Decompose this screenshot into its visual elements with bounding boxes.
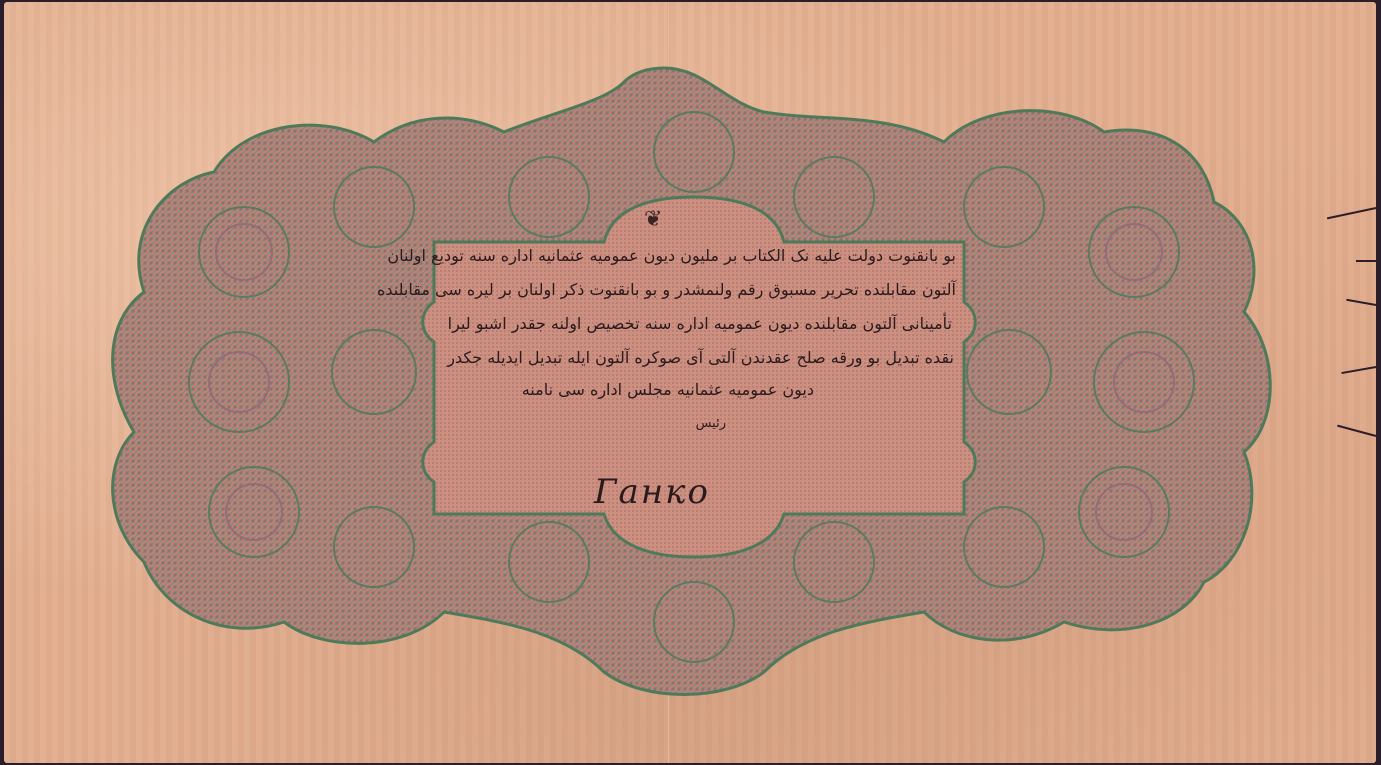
emblem-icon: ❦	[644, 207, 662, 232]
text-line-6: رئیس	[696, 416, 726, 431]
text-line-4: نقده تبدیل بو ورقه صلح عقدندن آلتی آی صو…	[447, 348, 954, 367]
signature: Ганко	[594, 472, 710, 512]
banknote: ❦ بو بانقنوت دولت علیه نک الکتاب بر ملیو…	[4, 2, 1376, 763]
text-line-5: دیون عمومیه عثمانیه مجلس اداره سی نامنه	[522, 380, 814, 399]
inscription: بو بانقنوت دولت علیه نک الکتاب بر ملیون …	[434, 240, 964, 515]
edge-tear	[1356, 260, 1376, 262]
text-line-3: تأمینانی آلتون مقابلنده دیون عمومیه ادار…	[448, 314, 952, 333]
text-line-2: آلتون مقابلنده تحریر مسبوق رقم ولنمشدر و…	[377, 280, 956, 299]
text-line-1: بو بانقنوت دولت علیه نک الکتاب بر ملیون …	[387, 246, 956, 265]
